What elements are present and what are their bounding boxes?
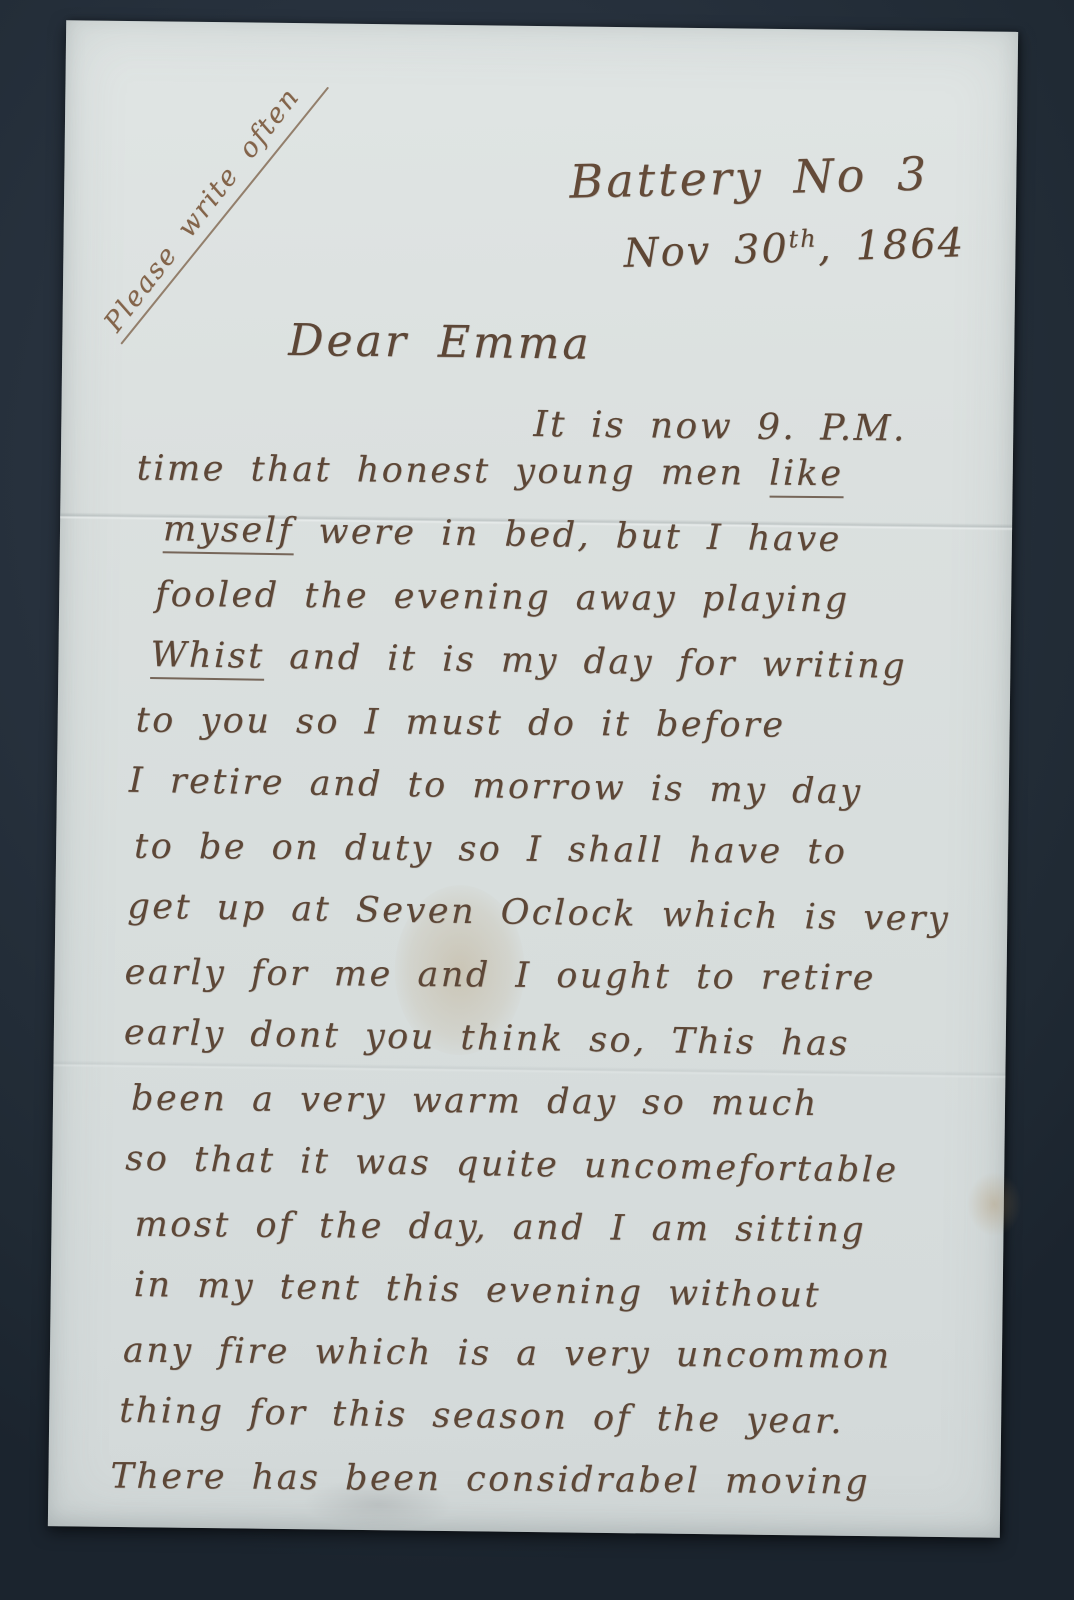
letter-paper: Please write often Battery No 3 Nov 30th… (48, 20, 1018, 1538)
letter-line: myself were in bed, but I have (163, 509, 842, 560)
line-text: any fire which is a very uncommon (123, 1331, 892, 1377)
date-day: Nov 30 (623, 226, 790, 277)
letter-line: to you so I must do it before (136, 701, 786, 746)
letter-body: time that honest young men like myself w… (66, 20, 1018, 32)
line-text: in my tent this evening without (133, 1265, 821, 1316)
line-text: so that it was quite uncomefortable (125, 1139, 899, 1191)
line-text: There has been considrabel moving (110, 1457, 870, 1503)
letter-line: any fire which is a very uncommon (123, 1331, 892, 1377)
salutation: Dear Emma (288, 315, 592, 370)
letter-line: Whist and it is my day for writing (150, 635, 907, 687)
date-ordinal: th (788, 224, 818, 253)
fold-crease (53, 1060, 1005, 1079)
letter-line: I retire and to morrow is my day (129, 761, 863, 813)
line-text: time that honest young men (137, 449, 770, 494)
photo-background: Please write often Battery No 3 Nov 30th… (0, 0, 1074, 1600)
stain (966, 1171, 1022, 1237)
line-text: and it is my day for writing (264, 637, 907, 687)
letter-line: in my tent this evening without (133, 1265, 821, 1316)
letterhead-date: Nov 30th, 1864 (623, 220, 966, 277)
letter-line: There has been considrabel moving (110, 1457, 870, 1503)
letter-line: to be on duty so I shall have to (134, 827, 848, 873)
letter-line: most of the day, and I am sitting (134, 1205, 866, 1251)
letterhead-location: Battery No 3 (569, 147, 930, 209)
line-text: most of the day, and I am sitting (134, 1205, 866, 1251)
letter-line: thing for this season of the year. (119, 1391, 844, 1442)
letter-line: early for me and I ought to retire (124, 953, 876, 999)
line-text: to be on duty so I shall have to (134, 827, 848, 873)
letter-line: early dont you think so, This has (124, 1013, 851, 1064)
marginalia-text: Please write often (98, 82, 306, 338)
line-underlined-text: like (769, 454, 844, 499)
flourish-underline (120, 87, 329, 345)
letter-line: fooled the evening away playing (155, 575, 850, 620)
line-underlined-text: Whist (150, 635, 265, 681)
line-text: thing for this season of the year. (119, 1391, 844, 1442)
line-underlined-text: myself (163, 509, 294, 555)
line-text: I retire and to morrow is my day (129, 761, 863, 813)
marginalia-note: Please write often (98, 46, 334, 338)
letter-line: been a very warm day so much (131, 1079, 819, 1124)
line-text: early dont you think so, This has (124, 1013, 851, 1064)
line-text: fooled the evening away playing (155, 575, 850, 620)
line-text: early for me and I ought to retire (124, 953, 876, 999)
line-text: get up at Seven Oclock which is very (127, 887, 951, 940)
line-text: were in bed, but I have (293, 511, 842, 560)
line-text: to you so I must do it before (136, 701, 786, 746)
letter-line: time that honest young men like (137, 449, 844, 495)
letter-line: get up at Seven Oclock which is very (127, 887, 951, 940)
opening-line: It is now 9. P.M. (533, 404, 907, 450)
line-text: been a very warm day so much (131, 1079, 819, 1124)
date-year: , 1864 (817, 220, 966, 271)
letter-line: so that it was quite uncomefortable (125, 1139, 899, 1191)
